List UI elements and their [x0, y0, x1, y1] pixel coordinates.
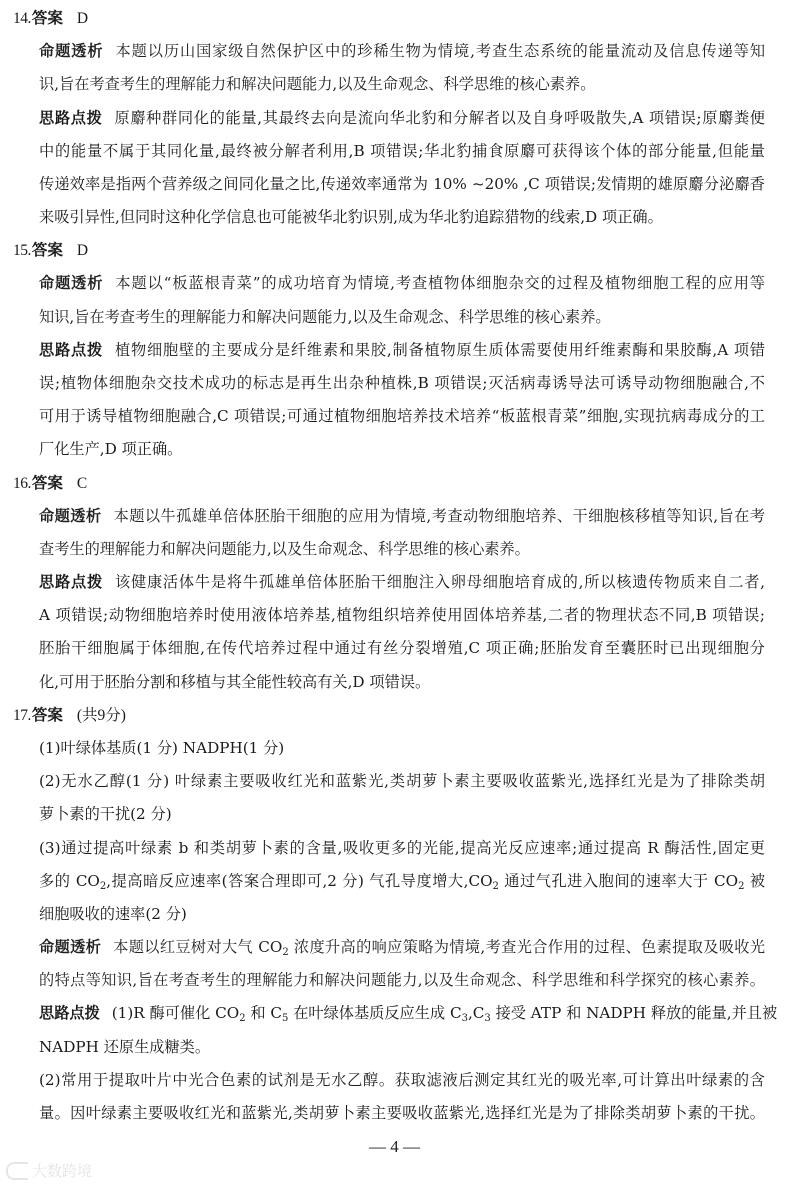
hint-tag: 思路点拨 — [39, 109, 102, 127]
answer-label: 答案 — [32, 706, 63, 724]
analysis-tag: 命题透析 — [39, 42, 103, 60]
question-15-header: 15.答案D — [13, 240, 88, 261]
answer-value: D — [77, 10, 88, 27]
hint-tag: 思路点拨 — [39, 573, 103, 591]
answer-line: 细胞吸收的速率(2 分) — [39, 904, 765, 924]
answer-value: D — [77, 242, 88, 259]
watermark-text: 大数跨境 — [32, 1160, 92, 1181]
answer-page: 14.答案D 命题透析本题以历山国家级自然保护区中的珍稀生物为情境,考查生态系统… — [0, 0, 789, 1186]
question-number: 14. — [13, 10, 31, 27]
analysis-line: 知识,旨在考查考生的理解能力和解决问题能力,以及生命观念、科学思维的核心素养。 — [39, 307, 765, 327]
hint-tag: 思路点拨 — [39, 1004, 100, 1022]
hint-line: 思路点拨原麝种群同化的能量,其最终去向是流向华北豹和分解者以及自身呼吸散失,A … — [39, 108, 765, 128]
hint-line: 可用于诱导植物细胞融合,C 项错误;可通过植物细胞培养技术培养“板蓝根青菜”细胞… — [39, 406, 765, 426]
answer-label: 答案 — [32, 9, 63, 27]
question-number: 17. — [13, 707, 31, 724]
answer-line: (1)叶绿体基质(1 分) NADPH(1 分) — [39, 738, 765, 758]
watermark: 大数跨境 — [6, 1160, 92, 1181]
analysis-tag: 命题透析 — [39, 938, 101, 956]
answer-line: (3)通过提高叶绿素 b 和类胡萝卜素的含量,吸收更多的光能,提高光反应速率;通… — [39, 838, 765, 858]
hint-line: 来吸引异性,但同时这种化学信息也可能被华北豹识别,成为华北豹追踪猎物的线索,D … — [39, 207, 765, 227]
question-14-header: 14.答案D — [13, 8, 88, 29]
hint-line: 胚胎干细胞属于体细胞,在传代培养过程中通过有丝分裂增殖,C 项正确;胚胎发育至囊… — [39, 638, 765, 658]
analysis-line: 命题透析本题以“板蓝根青菜”的成功培育为情境,考查植物体细胞杂交的过程及植物细胞… — [39, 273, 765, 293]
hint-line: NADPH 还原生成糖类。 — [39, 1037, 765, 1057]
answer-value: (共9分) — [77, 707, 126, 724]
analysis-tag: 命题透析 — [39, 507, 102, 525]
analysis-line: 命题透析本题以历山国家级自然保护区中的珍稀生物为情境,考查生态系统的能量流动及信… — [39, 41, 765, 61]
hint-line: 思路点拨植物细胞壁的主要成分是纤维素和果胶,制备植物原生质体需要使用纤维素酶和果… — [39, 340, 765, 360]
analysis-tag: 命题透析 — [39, 274, 103, 292]
hint-line: 化,可用于胚胎分割和移植与其全能性较高有关,D 项错误。 — [39, 672, 765, 692]
hint-line: (2)常用于提取叶片中光合色素的试剂是无水乙醇。获取滤液后测定其红光的吸光率,可… — [39, 1070, 765, 1090]
analysis-line: 命题透析本题以红豆树对大气 CO2 浓度升高的响应策略为情境,考查光合作用的过程… — [39, 937, 765, 957]
hint-line: 思路点拨该健康活体牛是将牛孤雄单倍体胚胎干细胞注入卵母细胞培育成的,所以核遗传物… — [39, 572, 765, 592]
answer-line: 多的 CO2,提高暗反应速率(答案合理即可,2 分) 气孔导度增大,CO2 通过… — [39, 871, 765, 891]
answer-label: 答案 — [32, 474, 63, 492]
dashu-logo-icon — [6, 1162, 28, 1180]
hint-line: 误;植物体细胞杂交技术成功的标志是再生出杂种植株,B 项错误;灭活病毒诱导法可诱… — [39, 373, 765, 393]
analysis-line: 的特点等知识,旨在考查考生的理解能力和解决问题能力,以及生命观念、科学思维和科学… — [39, 970, 765, 990]
hint-tag: 思路点拨 — [39, 341, 103, 359]
question-number: 15. — [13, 242, 31, 259]
answer-value: C — [77, 475, 87, 492]
question-17-header: 17.答案(共9分) — [13, 705, 126, 726]
answer-line: 萝卜素的干扰(2 分) — [39, 804, 765, 824]
question-16-header: 16.答案C — [13, 473, 87, 494]
analysis-line: 查考生的理解能力和解决问题能力,以及生命观念、科学思维的核心素养。 — [39, 539, 765, 559]
page-number: — 4 — — [0, 1137, 789, 1157]
hint-line: 传递效率是指两个营养级之间同化量之比,传递效率通常为 10% ~20% ,C 项… — [39, 174, 765, 194]
hint-line: 量。因叶绿素主要吸收红光和蓝紫光,类胡萝卜素主要吸收蓝紫光,选择红光是为了排除类… — [39, 1103, 765, 1123]
answer-label: 答案 — [32, 241, 63, 259]
answer-line: (2)无水乙醇(1 分) 叶绿素主要吸收红光和蓝紫光,类胡萝卜素主要吸收蓝紫光,… — [39, 771, 765, 791]
hint-line: 厂化生产,D 项正确。 — [39, 439, 765, 459]
analysis-line: 命题透析本题以牛孤雄单倍体胚胎干细胞的应用为情境,考查动物细胞培养、干细胞核移植… — [39, 506, 765, 526]
question-number: 16. — [13, 475, 31, 492]
hint-line: 中的能量不属于其同化量,最终被分解者利用,B 项错误;华北豹捕食原麝可获得该个体… — [39, 141, 765, 161]
analysis-line: 识,旨在考查考生的理解能力和解决问题能力,以及生命观念、科学思维的核心素养。 — [39, 74, 765, 94]
hint-line: A 项错误;动物细胞培养时使用液体培养基,植物组织培养使用固体培养基,二者的物理… — [39, 605, 765, 625]
hint-line: 思路点拨(1)R 酶可催化 CO2 和 C5 在叶绿体基质反应生成 C3,C3 … — [39, 1003, 765, 1023]
